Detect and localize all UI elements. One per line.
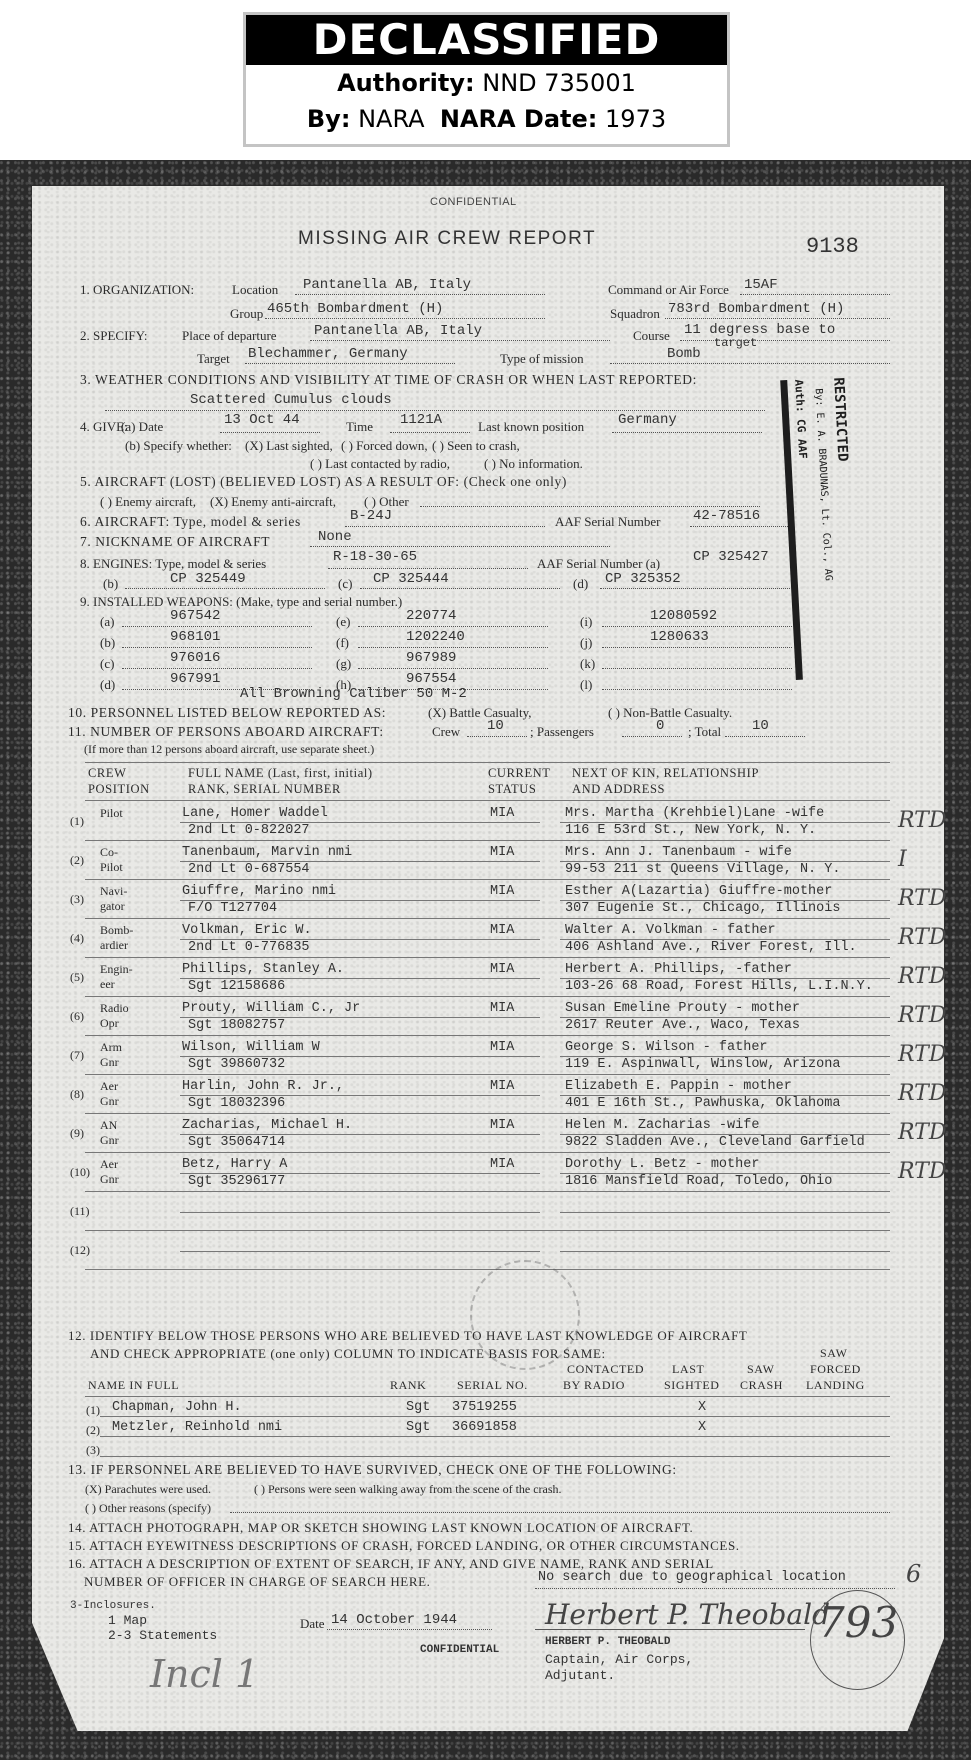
weapon-key: (c) <box>100 656 114 672</box>
course-value-line2: target <box>714 336 757 350</box>
row-divider <box>100 1416 890 1417</box>
underline <box>602 689 792 690</box>
section8-label: 8. ENGINES: Type, model & series <box>80 556 266 572</box>
witness-rank: Sgt <box>406 1420 430 1435</box>
row-divider <box>85 1074 890 1075</box>
crew-position-2: Gnr <box>100 1133 119 1148</box>
underline <box>665 318 890 319</box>
weapon-key: (b) <box>100 635 115 651</box>
next-of-kin-address: 1816 Mansfield Road, Toledo, Ohio <box>565 1174 832 1189</box>
row-divider <box>100 1436 890 1437</box>
handwritten-rtd: I <box>898 847 907 872</box>
checkbox-battle-casualty[interactable]: (X) Battle Casualty, <box>428 705 532 721</box>
header-last: LAST <box>672 1362 704 1377</box>
table-rule <box>85 762 890 763</box>
underline <box>535 1629 805 1630</box>
handwritten-rtd: RTD <box>898 1159 947 1184</box>
crew-name: Zacharias, Michael H. <box>182 1118 352 1133</box>
engine-serial-label: AAF Serial Number (a) <box>537 556 660 572</box>
mission-value: Bomb <box>667 346 701 362</box>
weapon-key: (g) <box>336 656 351 672</box>
inclosure-1: 1 Map <box>108 1613 147 1628</box>
crew-name: Lane, Homer Waddel <box>182 806 328 821</box>
header-sighted: SIGHTED <box>664 1378 720 1393</box>
last-sighted-check: X <box>698 1400 706 1415</box>
crew-position-2: Gnr <box>100 1055 119 1070</box>
section3-label: 3. WEATHER CONDITIONS AND VISIBILITY AT … <box>80 372 697 388</box>
header-name-in-full: NAME IN FULL <box>88 1378 179 1393</box>
target-label: Target <box>197 351 230 367</box>
crew-name: Giuffre, Marino nmi <box>182 884 336 899</box>
underline <box>122 626 312 627</box>
underline <box>560 822 890 823</box>
crew-rank-serial: Sgt 12158686 <box>188 979 285 994</box>
handwritten-rtd: RTD <box>898 1042 947 1067</box>
checkbox-last-contacted-radio[interactable]: ( ) Last contacted by radio, <box>310 456 450 472</box>
aircraft-serial-value: 42-78516 <box>693 508 760 524</box>
departure-label: Place of departure <box>182 328 277 344</box>
departure-value: Pantanella AB, Italy <box>314 323 482 339</box>
header-serial: SERIAL NO. <box>457 1378 528 1393</box>
underline <box>560 1212 890 1213</box>
report-number: 9138 <box>806 234 859 259</box>
crew-row-number: (6) <box>70 1009 84 1024</box>
signature: Herbert P. Theobald <box>545 1598 830 1631</box>
weapon-serial: 12080592 <box>650 608 717 624</box>
row-divider <box>100 1456 890 1457</box>
crew-rank-serial: Sgt 39860732 <box>188 1057 285 1072</box>
crew-rank-serial: F/O T127704 <box>188 901 277 916</box>
next-of-kin-address: 406 Ashland Ave., River Forest, Ill. <box>565 940 857 955</box>
underline <box>610 363 890 364</box>
mission-label: Type of mission <box>500 351 584 367</box>
date-label: (a) Date <box>121 419 163 435</box>
signer-name: HERBERT P. THEOBALD <box>545 1636 670 1648</box>
crew-row-number: (7) <box>70 1048 84 1063</box>
checkbox-parachutes[interactable]: (X) Parachutes were used. <box>85 1482 211 1497</box>
weapon-key: (d) <box>100 677 115 693</box>
underline <box>602 626 792 627</box>
total-label: ; Total <box>688 724 721 740</box>
crew-position: Arm <box>100 1040 122 1055</box>
underline <box>360 588 560 589</box>
weather-value: Scattered Cumulus clouds <box>190 392 392 408</box>
crew-name: Harlin, John R. Jr., <box>182 1079 344 1094</box>
banner-authority: Authority: NND 735001 <box>246 65 727 101</box>
underline <box>295 294 545 295</box>
crew-position: Radio <box>100 1001 129 1016</box>
crew-row-number: (10) <box>70 1165 90 1180</box>
signer-rank: Captain, Air Corps, <box>545 1652 693 1667</box>
underline <box>122 668 312 669</box>
crew-position-2: ardier <box>100 938 128 953</box>
crew-row-number: (9) <box>70 1126 84 1141</box>
footer-date: 14 October 1944 <box>331 1612 457 1628</box>
circled-number-text: 793 <box>818 1598 898 1647</box>
stamp-restricted: RESTRICTED <box>830 377 850 462</box>
weapons-note: All Browning Caliber 50 M-2 <box>240 686 467 702</box>
next-of-kin-address: 307 Eugenie St., Chicago, Illinois <box>565 901 840 916</box>
crew-position: Engin- <box>100 962 133 977</box>
weapon-key: (j) <box>580 635 592 651</box>
checkbox-last-sighted[interactable]: (X) Last sighted, <box>245 438 333 454</box>
section6-label: 6. AIRCRAFT: Type, model & series <box>80 514 301 530</box>
row-divider <box>85 879 890 880</box>
underline <box>680 340 890 341</box>
section10-label: 10. PERSONNEL LISTED BELOW REPORTED AS: <box>68 705 386 721</box>
classification-header: CONFIDENTIAL <box>430 196 517 208</box>
handwritten-rtd: RTD <box>898 1120 947 1145</box>
section7-label: 7. NICKNAME OF AIRCRAFT <box>80 534 270 550</box>
engine-serial-b: CP 325449 <box>170 571 246 587</box>
underline <box>560 1173 890 1174</box>
table-rule <box>85 1396 890 1397</box>
crew-name: Wilson, William W <box>182 1040 320 1055</box>
next-of-kin-address: 2617 Reuter Ave., Waco, Texas <box>565 1018 800 1033</box>
underline <box>560 978 890 979</box>
underline <box>612 432 762 433</box>
underline <box>358 668 548 669</box>
next-of-kin: Mrs. Martha (Krehbiel)Lane -wife <box>565 806 824 821</box>
handwritten-rtd: RTD <box>898 808 947 833</box>
banner-by-date: By: NARA NARA Date: 1973 <box>246 101 727 137</box>
weapon-serial: 967542 <box>170 608 220 624</box>
section12-label: 12. IDENTIFY BELOW THOSE PERSONS WHO ARE… <box>68 1328 747 1344</box>
underline <box>725 736 805 737</box>
group-label: Group <box>230 306 263 322</box>
crew-rank-serial: Sgt 35064714 <box>188 1135 285 1150</box>
weapon-serial: 967989 <box>406 650 456 666</box>
row-divider <box>85 957 890 958</box>
row-divider <box>85 996 890 997</box>
crew-position-2: Gnr <box>100 1172 119 1187</box>
declassified-banner: DECLASSIFIED Authority: NND 735001 By: N… <box>243 12 730 147</box>
inclosure-2: 2-3 Statements <box>108 1628 217 1643</box>
nickname-value: None <box>318 529 352 545</box>
handwritten-rtd: RTD <box>898 1003 947 1028</box>
witness-name: Metzler, Reinhold nmi <box>112 1420 282 1435</box>
crew-rank-serial: Sgt 18032396 <box>188 1096 285 1111</box>
aircraft-serial-label: AAF Serial Number <box>555 514 660 530</box>
crew-row-number: (12) <box>70 1243 90 1258</box>
header-saw: SAW <box>820 1346 848 1361</box>
weapon-serial: 976016 <box>170 650 220 666</box>
underline <box>622 736 682 737</box>
section1-label: 1. ORGANIZATION: <box>80 282 194 298</box>
underline <box>358 647 548 648</box>
signer-title: Adjutant. <box>545 1668 615 1683</box>
underline <box>125 588 325 589</box>
header-rank-serial: RANK, SERIAL NUMBER <box>188 782 341 797</box>
crew-position: Aer <box>100 1079 118 1094</box>
weapon-key: (f) <box>336 635 349 651</box>
underline <box>220 432 320 433</box>
underline <box>560 1134 890 1135</box>
weapon-key: (l) <box>580 677 592 693</box>
underline <box>180 1212 540 1213</box>
row-divider <box>85 1269 890 1270</box>
underline <box>600 588 790 589</box>
underline <box>180 1173 540 1174</box>
header-forced: FORCED <box>810 1362 861 1377</box>
next-of-kin-address: 99-53 211 st Queens Village, N. Y. <box>565 862 840 877</box>
section11-label: 11. NUMBER OF PERSONS ABOARD AIRCRAFT: <box>68 724 384 740</box>
crew-row-number: (8) <box>70 1087 84 1102</box>
section5-label: 5. AIRCRAFT (LOST) (BELIEVED LOST) AS A … <box>80 474 567 490</box>
underline <box>105 410 765 411</box>
time-label: Time <box>346 419 373 435</box>
handwritten-rtd: RTD <box>898 925 947 950</box>
target-value: Blechammer, Germany <box>248 346 408 362</box>
header-saw-crash: SAW <box>747 1362 775 1377</box>
group-value: 465th Bombardment (H) <box>267 301 443 317</box>
weapon-key: (i) <box>580 614 592 630</box>
underline <box>358 626 548 627</box>
underline <box>560 939 890 940</box>
witness-number: (3) <box>86 1443 100 1458</box>
next-of-kin-address: 116 E 53rd St., New York, N. Y. <box>565 823 816 838</box>
weapon-key: (a) <box>100 614 114 630</box>
crew-status: MIA <box>490 806 514 821</box>
header-address: AND ADDRESS <box>572 782 665 797</box>
checkbox-enemy-anti-aircraft[interactable]: (X) Enemy anti-aircraft, <box>210 494 336 510</box>
underline <box>265 318 545 319</box>
underline <box>180 1095 540 1096</box>
time-value: 1121A <box>400 412 442 428</box>
crew-position: Bomb- <box>100 923 133 938</box>
crew-position-2: Gnr <box>100 1094 119 1109</box>
underline <box>467 736 527 737</box>
crew-name: Volkman, Eric W. <box>182 923 312 938</box>
crew-status: MIA <box>490 1118 514 1133</box>
crew-rank-serial: Sgt 18082757 <box>188 1018 285 1033</box>
command-value: 15AF <box>744 277 778 293</box>
header-rank: RANK <box>390 1378 426 1393</box>
header-status: STATUS <box>488 782 536 797</box>
underline <box>740 294 890 295</box>
underline <box>560 1056 890 1057</box>
restricted-stamp: RESTRICTED Auth: CG AAF By: E. A. BRADUN… <box>772 376 888 681</box>
underline <box>535 1588 895 1589</box>
weapon-key: (e) <box>336 614 350 630</box>
underline <box>345 526 545 527</box>
crew-status: MIA <box>490 1040 514 1055</box>
next-of-kin-address: 401 E 16th St., Pawhuska, Oklahoma <box>565 1096 840 1111</box>
crew-rank-serial: Sgt 35296177 <box>188 1174 285 1189</box>
crew-position-2: Pilot <box>100 860 123 875</box>
crew-rank-serial: 2nd Lt 0-776835 <box>188 940 310 955</box>
crew-position: Co- <box>100 845 118 860</box>
underline <box>180 1056 540 1057</box>
witness-name: Chapman, John H. <box>112 1400 242 1415</box>
inclosures-label: 3-Inclosures. <box>70 1600 156 1612</box>
header-crash: CRASH <box>740 1378 783 1393</box>
section9-label: 9. INSTALLED WEAPONS: (Make, type and se… <box>80 594 402 610</box>
crew-name: Tanenbaum, Marvin nmi <box>182 845 352 860</box>
header-crew-position-2: POSITION <box>88 782 150 797</box>
engine-d-label: (d) <box>573 576 588 592</box>
total-count: 10 <box>752 718 769 734</box>
squadron-label: Squadron <box>610 306 660 322</box>
next-of-kin-address: 103-26 68 Road, Forest Hills, L.I.N.Y. <box>565 979 873 994</box>
engine-serial-c: CP 325444 <box>373 571 449 587</box>
crew-name: Betz, Harry A <box>182 1157 287 1172</box>
underline <box>602 647 792 648</box>
row-divider <box>85 1035 890 1036</box>
underline <box>180 861 540 862</box>
underline <box>560 1095 890 1096</box>
checkbox-no-information[interactable]: ( ) No information. <box>484 456 583 472</box>
search-value: No search due to geographical location <box>538 1570 846 1585</box>
next-of-kin: Helen M. Zacharias -wife <box>565 1118 759 1133</box>
header-next-of-kin: NEXT OF KIN, RELATIONSHIP <box>572 766 759 781</box>
crew-position: Pilot <box>100 806 123 821</box>
stamp-auth: Auth: CG AAF <box>792 379 809 459</box>
crew-row-number: (2) <box>70 853 84 868</box>
squadron-value: 783rd Bombardment (H) <box>668 301 844 317</box>
aircraft-type-value: B-24J <box>350 508 392 524</box>
section13-label: 13. IF PERSONNEL ARE BELIEVED TO HAVE SU… <box>68 1462 677 1478</box>
crew-position: Navi- <box>100 884 127 899</box>
crew-status: MIA <box>490 962 514 977</box>
next-of-kin: Susan Emeline Prouty - mother <box>565 1001 800 1016</box>
crew-status: MIA <box>490 1001 514 1016</box>
next-of-kin: Esther A(Lazartia) Giuffre-mother <box>565 884 832 899</box>
underline <box>390 432 470 433</box>
next-of-kin: Elizabeth E. Pappin - mother <box>565 1079 792 1094</box>
location-label: Location <box>232 282 278 298</box>
underline <box>310 546 610 547</box>
witness-serial: 36691858 <box>452 1420 517 1435</box>
crew-status: MIA <box>490 1079 514 1094</box>
row-divider <box>85 918 890 919</box>
row-divider <box>85 1230 890 1231</box>
header-contacted: CONTACTED <box>567 1362 644 1377</box>
underline <box>180 978 540 979</box>
header-crew-position: CREW <box>88 766 127 781</box>
weapon-serial: 967991 <box>170 671 220 687</box>
crew-position-2: gator <box>100 899 125 914</box>
handwritten-rtd: RTD <box>898 1081 947 1106</box>
date-value: 13 Oct 44 <box>224 412 300 428</box>
crew-position-2: eer <box>100 977 115 992</box>
crew-name: Phillips, Stanley A. <box>182 962 344 977</box>
underline <box>180 1134 540 1135</box>
row-divider <box>85 1113 890 1114</box>
header-by-radio: BY RADIO <box>563 1378 625 1393</box>
location-value: Pantanella AB, Italy <box>303 277 471 293</box>
witness-number: (1) <box>86 1403 100 1418</box>
crew-rank-serial: 2nd Lt 0-687554 <box>188 862 310 877</box>
underline <box>420 506 760 507</box>
checkbox-walking-away[interactable]: ( ) Persons were seen walking away from … <box>254 1482 562 1497</box>
underline <box>560 1251 890 1252</box>
weapon-serial: 1202240 <box>406 629 465 645</box>
table-rule <box>85 800 890 801</box>
header-full-name: FULL NAME (Last, first, initial) <box>188 766 373 781</box>
checkbox-forced-down[interactable]: ( ) Forced down, <box>341 438 428 454</box>
crew-row-number: (11) <box>70 1204 90 1219</box>
crew-rank-serial: 2nd Lt 0-822027 <box>188 823 310 838</box>
crew-name: Prouty, William C., Jr <box>182 1001 360 1016</box>
underline <box>122 647 312 648</box>
crew-row-number: (5) <box>70 970 84 985</box>
footer-classification: CONFIDENTIAL <box>420 1644 499 1656</box>
crew-status: MIA <box>490 1157 514 1172</box>
handwritten-initials: Incl 1 <box>150 1652 259 1696</box>
weapon-serial: 967554 <box>406 671 456 687</box>
weapon-serial: 220774 <box>406 608 456 624</box>
handwritten-rtd: RTD <box>898 886 947 911</box>
header-current-status: CURRENT <box>488 766 551 781</box>
section11-note: (If more than 12 persons aboard aircraft… <box>84 742 374 757</box>
stamp-by: By: E. A. BRADUNAS, Lt. Col., AG <box>813 388 834 581</box>
underline <box>327 1629 492 1630</box>
passengers-count: 0 <box>656 718 664 734</box>
next-of-kin-address: 119 E. Aspinwall, Winslow, Arizona <box>565 1057 840 1072</box>
specify-label: (b) Specify whether: <box>125 438 232 454</box>
crew-position-2: Opr <box>100 1016 119 1031</box>
banner-title: DECLASSIFIED <box>246 15 727 65</box>
next-of-kin: Dorothy L. Betz - mother <box>565 1157 759 1172</box>
crew-row-number: (1) <box>70 814 84 829</box>
checkbox-seen-crash[interactable]: ( ) Seen to crash, <box>432 438 520 454</box>
underline <box>180 939 540 940</box>
underline <box>180 900 540 901</box>
document-title: MISSING AIR CREW REPORT <box>298 228 596 250</box>
engine-type-value: R-18-30-65 <box>333 549 417 565</box>
section14-label: 14. ATTACH PHOTOGRAPH, MAP OR SKETCH SHO… <box>68 1520 693 1536</box>
checkbox-non-battle-casualty[interactable]: ( ) Non-Battle Casualty. <box>608 705 732 721</box>
checkbox-other-reasons[interactable]: ( ) Other reasons (specify) <box>85 1501 211 1516</box>
crew-position: AN <box>100 1118 117 1133</box>
checkbox-enemy-aircraft[interactable]: ( ) Enemy aircraft, <box>100 494 196 510</box>
crew-row-number: (3) <box>70 892 84 907</box>
witness-serial: 37519255 <box>452 1400 517 1415</box>
row-divider <box>85 840 890 841</box>
crew-status: MIA <box>490 923 514 938</box>
witness-number: (2) <box>86 1423 100 1438</box>
weapon-serial: 968101 <box>170 629 220 645</box>
underline <box>180 1251 540 1252</box>
section2-label: 2. SPECIFY: <box>80 328 147 344</box>
engine-b-label: (b) <box>103 576 118 592</box>
underline <box>560 1017 890 1018</box>
crew-row-number: (4) <box>70 931 84 946</box>
last-sighted-check: X <box>698 1420 706 1435</box>
witness-rank: Sgt <box>406 1400 430 1415</box>
crew-label: Crew <box>432 724 460 740</box>
underline <box>245 363 455 364</box>
course-value: 11 degress base to <box>684 322 835 338</box>
margin-mark: 6 <box>906 1560 921 1588</box>
weapon-key: (k) <box>580 656 595 672</box>
row-divider <box>85 1191 890 1192</box>
section16-label-2: NUMBER OF OFFICER IN CHARGE OF SEARCH HE… <box>84 1574 431 1590</box>
weapon-serial: 1280633 <box>650 629 709 645</box>
engine-serial-d: CP 325352 <box>605 571 681 587</box>
position-label: Last known position <box>478 419 584 435</box>
underline <box>310 340 610 341</box>
crew-position: Aer <box>100 1157 118 1172</box>
crew-count: 10 <box>487 718 504 734</box>
next-of-kin: Mrs. Ann J. Tanenbaum - wife <box>565 845 792 860</box>
underline <box>328 568 528 569</box>
engine-c-label: (c) <box>338 576 352 592</box>
footer-date-label: Date <box>300 1616 325 1632</box>
section12-label-2: AND CHECK APPROPRIATE (one only) COLUMN … <box>90 1346 606 1362</box>
engine-serial-a: CP 325427 <box>693 549 769 565</box>
